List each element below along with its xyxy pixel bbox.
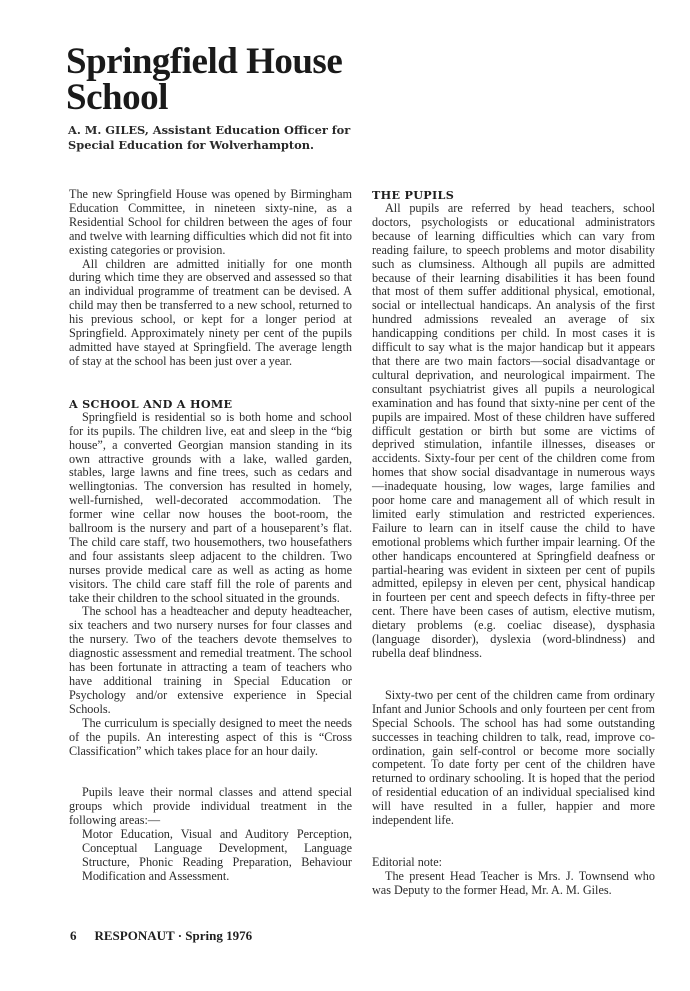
author-byline: A. M. GILES, Assistant Education Officer…: [68, 123, 368, 153]
page-footer: 6RESPONAUT · Spring 1976: [70, 928, 252, 944]
groups-paragraph: Pupils leave their normal classes and at…: [69, 786, 352, 828]
left-column: The new Springfield House was opened by …: [69, 188, 352, 884]
article-title: Springfield House School: [66, 44, 386, 116]
editorial-note-label: Editorial note:: [372, 856, 655, 870]
body-paragraph: Springfield is residential so is both ho…: [69, 411, 352, 606]
section-heading-school-and-home: A SCHOOL AND A HOME: [69, 397, 352, 411]
body-paragraph: Sixty-two per cent of the children came …: [372, 689, 655, 828]
body-paragraph: The school has a headteacher and deputy …: [69, 605, 352, 716]
section-heading-pupils: THE PUPILS: [372, 188, 655, 202]
body-paragraph: All pupils are referred by head teachers…: [372, 202, 655, 661]
intro-paragraph: All children are admitted initially for …: [69, 258, 352, 369]
body-paragraph: The curriculum is specially designed to …: [69, 717, 352, 759]
treatment-areas-list: Motor Education, Visual and Auditory Per…: [69, 828, 352, 884]
editorial-note: The present Head Teacher is Mrs. J. Town…: [372, 870, 655, 898]
right-column: THE PUPILS All pupils are referred by he…: [372, 188, 655, 898]
publication-info: RESPONAUT · Spring 1976: [95, 928, 253, 943]
page-number: 6: [70, 928, 77, 943]
intro-paragraph: The new Springfield House was opened by …: [69, 188, 352, 258]
